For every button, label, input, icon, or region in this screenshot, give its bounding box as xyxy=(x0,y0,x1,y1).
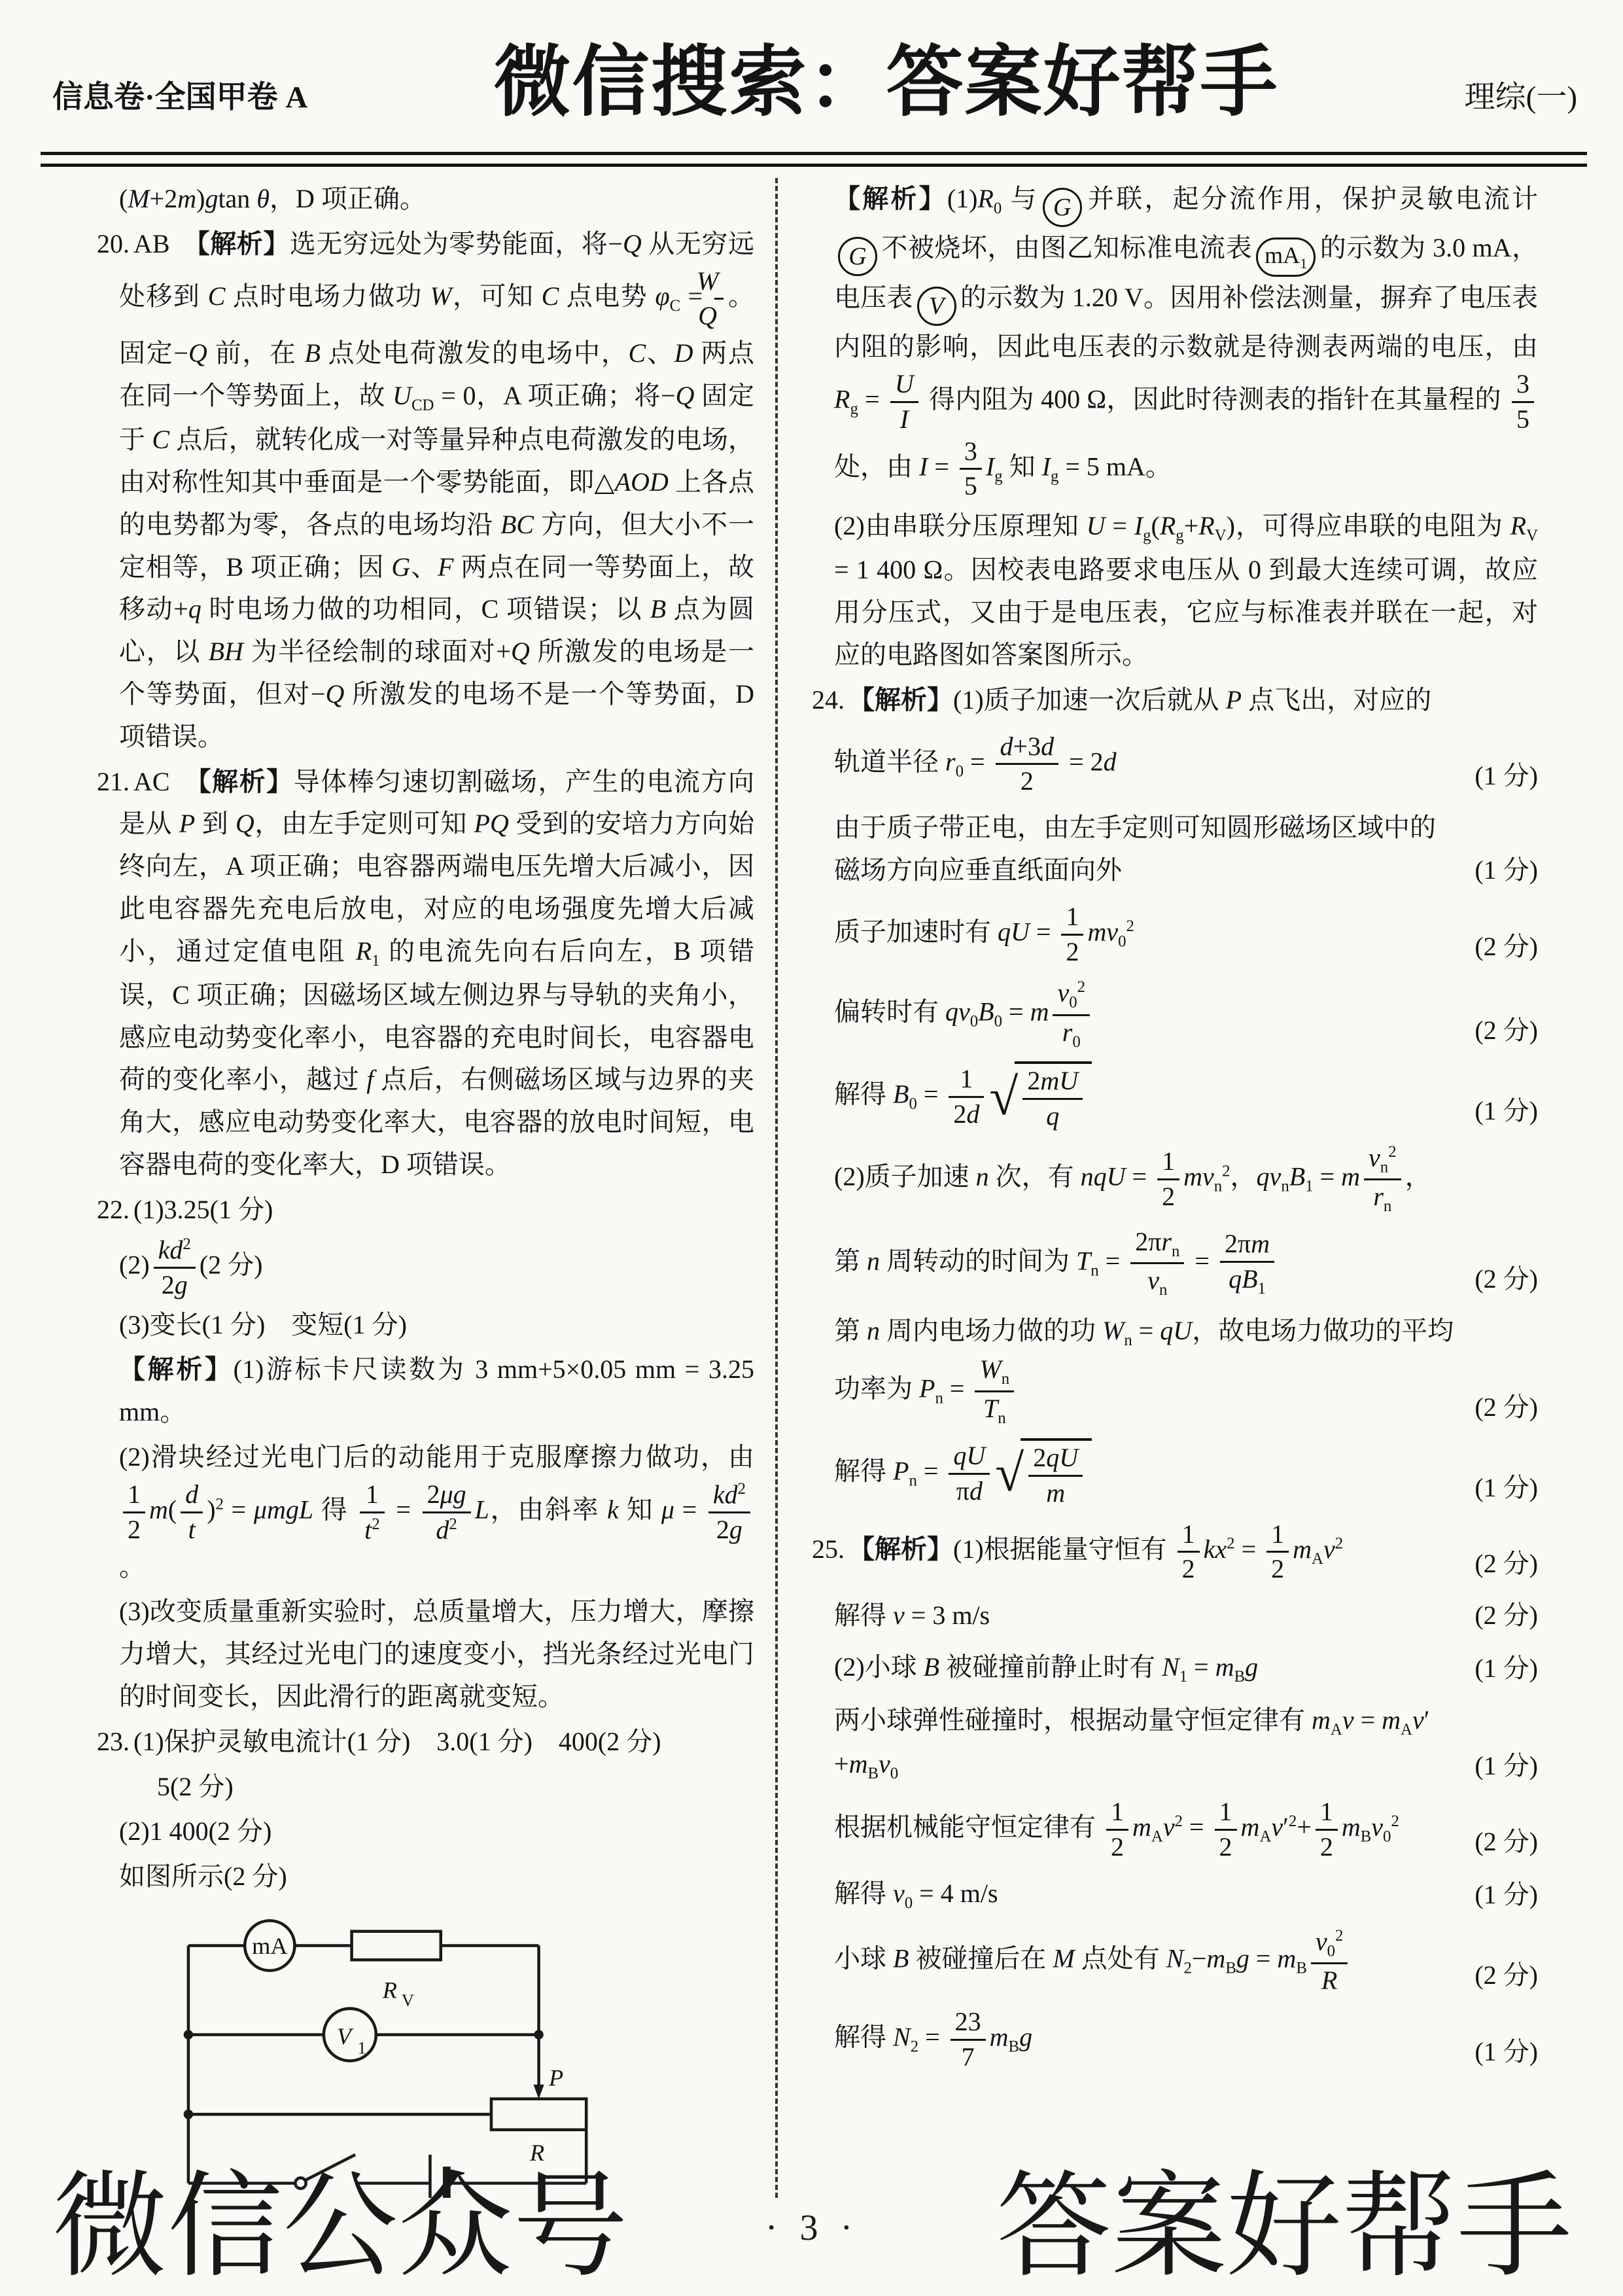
answer-line: 如图所示(2 分) xyxy=(97,1856,754,1898)
formula-row: 25.【解析】(1)根据能量守恒有 12kx2 = 12mAv2(2 分) xyxy=(812,1519,1538,1586)
formula-row: 偏转时有 qv0B0 = mv02r0(2 分) xyxy=(834,977,1538,1052)
page-header: 信息卷·全国甲卷 A 微信搜索：答案好帮手 理综(一) xyxy=(52,20,1577,131)
score-badge: (2 分) xyxy=(1475,926,1538,968)
answer-line: (2)kd22g(2 分) xyxy=(97,1234,754,1301)
analysis-intro: 【解析】(1)质子加速一次后就从 P 点飞出，对应的 xyxy=(848,685,1431,715)
answer-item-21: 21.AC 【解析】导体棒匀速切割磁场，产生的电流方向是从 P 到 Q，由左手定… xyxy=(97,761,754,1186)
formula: 解得 Pn = qUπd√2qUm xyxy=(834,1438,1457,1510)
analysis-paragraph: (2)质子加速 n 次，有 nqU = 12mvn2，qvnB1 = mvn2r… xyxy=(812,1142,1538,1217)
formula: 解得 v = 3 m/s xyxy=(834,1595,1457,1637)
item-number: 22. xyxy=(97,1195,133,1224)
formula: 解得 v0 = 4 m/s xyxy=(834,1873,1457,1916)
formula: 第 n 周内电场力做的功 Wn = qU，故电场力做功的平均功率为 Pn = W… xyxy=(834,1310,1457,1429)
answer-item-23: 23.(1)保护灵敏电流计(1 分) 3.0(1 分) 400(2 分) 5(2… xyxy=(97,1721,754,2198)
score-badge: (1 分) xyxy=(1475,1874,1538,1916)
item23-analysis-1: 【解析】(1)R0 与G并联，起分流作用，保护灵敏电流计G不被烧坏，由图乙知标准… xyxy=(812,178,1538,503)
score-badge: (1 分) xyxy=(1475,849,1538,892)
formula: 【解析】(1)根据能量守恒有 12kx2 = 12mAv2 xyxy=(848,1534,1343,1564)
subject-label: 理综(一) xyxy=(1465,73,1577,131)
formula: 轨道半径 r0 = d+3d2 = 2d xyxy=(834,731,1457,798)
footer-right-watermark: 答案好帮手 xyxy=(996,2170,1572,2286)
analysis-paragraph: 【解析】(1)游标卡尺读数为 3 mm+5×0.05 mm = 3.25 mm。 xyxy=(97,1349,754,1434)
left-column: (M+2m)gtan θ，D 项正确。 20.AB 【解析】选无穷远处为零势能面… xyxy=(97,178,754,2198)
item-number: 21. xyxy=(97,767,133,796)
item-number: 20. xyxy=(97,229,133,258)
formula-row: 两小球弹性碰撞时，根据动量守恒定律有 mAv = mAv′+mBv0(1 分) xyxy=(834,1699,1538,1787)
score-badge: (1 分) xyxy=(1475,1090,1538,1133)
formula-row: 质子加速时有 qU = 12mv02(2 分) xyxy=(834,901,1538,968)
voltmeter-label: V xyxy=(337,2023,354,2049)
milliammeter-label: mA xyxy=(252,1933,287,1959)
item-number: 25. xyxy=(812,1534,848,1564)
answer-line: (1)保护灵敏电流计(1 分) 3.0(1 分) 400(2 分) xyxy=(133,1727,661,1756)
score-badge: (2 分) xyxy=(1475,1543,1538,1585)
page-number: · 3 · xyxy=(765,2210,859,2246)
circuit-diagram: mA R V V 1 P xyxy=(156,1910,607,2198)
item-number: 24. xyxy=(812,685,848,715)
formula-row: 解得 v0 = 4 m/s(1 分) xyxy=(834,1873,1538,1916)
item-body: AC 【解析】导体棒匀速切割磁场，产生的电流方向是从 P 到 Q，由左手定则可知… xyxy=(119,767,754,1180)
header-watermark-title: 微信搜索：答案好帮手 xyxy=(494,20,1279,131)
formula-row: 根据机械能守恒定律有 12mAv2 = 12mAv′2+12mBv02(2 分) xyxy=(834,1796,1538,1863)
header-double-rule xyxy=(41,152,1587,167)
column-divider xyxy=(775,178,778,2198)
exam-answer-page: 信息卷·全国甲卷 A 微信搜索：答案好帮手 理综(一) (M+2m)gtan θ… xyxy=(0,0,1623,2296)
score-badge: (1 分) xyxy=(1475,755,1538,798)
analysis-paragraph: (3)改变质量重新实验时，总质量增大，压力增大，摩擦力增大，其经过光电门的速度变… xyxy=(97,1591,754,1718)
formula-row: (2)小球 B 被碰撞前静止时有 N1 = mBg(1 分) xyxy=(834,1646,1538,1690)
voltmeter-subscript: 1 xyxy=(358,2039,366,2058)
score-badge: (2 分) xyxy=(1475,1258,1538,1301)
score-badge: (1 分) xyxy=(1475,1467,1538,1510)
formula-row: 第 n 周转动的时间为 Tn = 2πrnvn = 2πmqB1(2 分) xyxy=(834,1226,1538,1301)
rheostat-label: R xyxy=(529,2140,544,2166)
item19-continuation: (M+2m)gtan θ，D 项正确。 xyxy=(97,178,754,221)
item-number: 23. xyxy=(97,1727,133,1756)
wiper-label: P xyxy=(548,2065,563,2091)
rheostat-icon xyxy=(491,2099,586,2130)
content-columns: (M+2m)gtan θ，D 项正确。 20.AB 【解析】选无穷远处为零势能面… xyxy=(97,178,1538,2198)
answer-item-24: 24.【解析】(1)质子加速一次后就从 P 点飞出，对应的 轨道半径 r0 = … xyxy=(812,679,1538,1510)
protective-resistor-icon xyxy=(352,1932,441,1960)
answer-line: (3)变长(1 分) 变短(1 分) xyxy=(97,1304,754,1347)
answer-line: (2)1 400(2 分) xyxy=(97,1810,754,1853)
formula-row: 由于质子带正电，由左手定则可知圆形磁场区域中的磁场方向应垂直纸面向外(1 分) xyxy=(834,807,1538,892)
wiper-arrow-icon xyxy=(533,2085,544,2099)
score-badge: (2 分) xyxy=(1475,1010,1538,1052)
item23-analysis-2: (2)由串联分压原理知 U = Ig(Rg+RV)，可得应串联的电阻为 RV =… xyxy=(812,505,1538,677)
answer-item-25: 25.【解析】(1)根据能量守恒有 12kx2 = 12mAv2(2 分) 解得… xyxy=(812,1519,1538,2074)
formula-row: 第 n 周内电场力做的功 Wn = qU，故电场力做功的平均功率为 Pn = W… xyxy=(834,1310,1538,1429)
item-body: AB 【解析】选无穷远处为零势能面，将−Q 从无穷远处移到 C 点时电场力做功 … xyxy=(119,229,754,751)
formula: 第 n 周转动的时间为 Tn = 2πrnvn = 2πmqB1 xyxy=(834,1226,1457,1301)
score-badge: (2 分) xyxy=(1475,1386,1538,1429)
formula: 由于质子带正电，由左手定则可知圆形磁场区域中的磁场方向应垂直纸面向外 xyxy=(834,807,1457,892)
answer-item-20: 20.AB 【解析】选无穷远处为零势能面，将−Q 从无穷远处移到 C 点时电场力… xyxy=(97,223,754,758)
footer-left-watermark: 微信公众号 xyxy=(52,2170,628,2286)
formula: 两小球弹性碰撞时，根据动量守恒定律有 mAv = mAv′+mBv0 xyxy=(834,1699,1457,1787)
formula: (2)小球 B 被碰撞前静止时有 N1 = mBg xyxy=(834,1646,1457,1690)
score-badge: (1 分) xyxy=(1475,2031,1538,2074)
score-badge: (1 分) xyxy=(1475,1745,1538,1788)
score-badge: (2 分) xyxy=(1475,1595,1538,1637)
formula-row: 轨道半径 r0 = d+3d2 = 2d(1 分) xyxy=(834,731,1538,798)
formula-row: 解得 v = 3 m/s(2 分) xyxy=(834,1595,1538,1637)
formula-row: 小球 B 被碰撞后在 M 点处有 N2−mBg = mBv02R(2 分) xyxy=(834,1926,1538,1997)
footer-watermark: 微信公众号 · 3 · 答案好帮手 xyxy=(52,2170,1572,2286)
formula: 解得 B0 = 12d√2mUq xyxy=(834,1061,1457,1133)
analysis-paragraph: (2)滑块经过光电门后的动能用于克服摩擦力做功，由 12m(dt)2 = μmg… xyxy=(97,1436,754,1589)
formula-row: 解得 N2 = 237mBg(1 分) xyxy=(834,2006,1538,2074)
score-badge: (2 分) xyxy=(1475,1954,1538,1997)
rv-label: R xyxy=(382,1977,397,2003)
paper-edition-label: 信息卷·全国甲卷 A xyxy=(52,73,307,131)
formula-row: 解得 Pn = qUπd√2qUm(1 分) xyxy=(834,1438,1538,1510)
score-badge: (2 分) xyxy=(1475,1821,1538,1863)
answer-line: (1)3.25(1 分) xyxy=(133,1195,273,1224)
answer-item-22: 22.(1)3.25(1 分) (2)kd22g(2 分) (3)变长(1 分)… xyxy=(97,1189,754,1718)
formula: 偏转时有 qv0B0 = mv02r0 xyxy=(834,977,1457,1052)
rv-subscript: V xyxy=(402,1991,414,2010)
formula: 根据机械能守恒定律有 12mAv2 = 12mAv′2+12mBv02 xyxy=(834,1796,1457,1863)
formula: 解得 N2 = 237mBg xyxy=(834,2006,1457,2074)
answer-line: 5(2 分) xyxy=(97,1766,754,1809)
formula: 小球 B 被碰撞后在 M 点处有 N2−mBg = mBv02R xyxy=(834,1926,1457,1997)
score-badge: (1 分) xyxy=(1475,1648,1538,1690)
formula-row: 解得 B0 = 12d√2mUq(1 分) xyxy=(834,1061,1538,1133)
right-column: 【解析】(1)R0 与G并联，起分流作用，保护灵敏电流计G不被烧坏，由图乙知标准… xyxy=(812,178,1538,2198)
formula: 质子加速时有 qU = 12mv02 xyxy=(834,901,1457,968)
